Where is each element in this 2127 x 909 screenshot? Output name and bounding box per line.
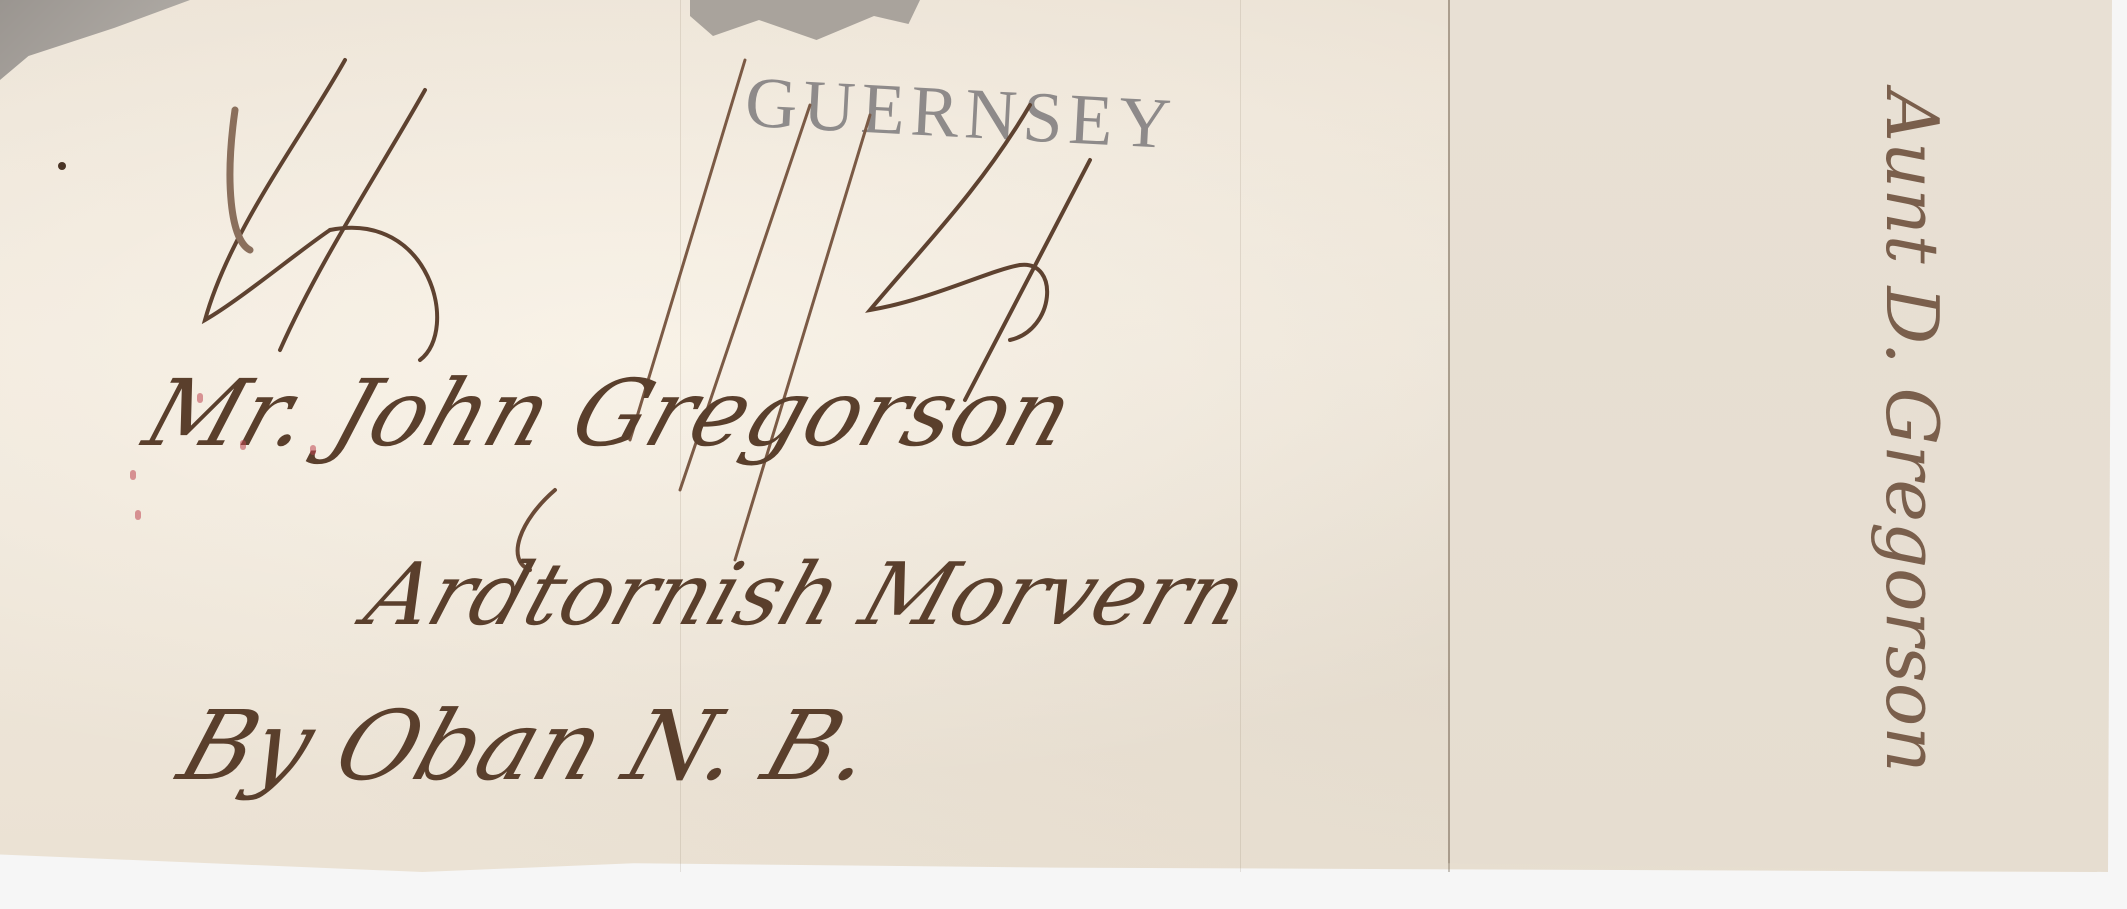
red-ink-mark [240,440,246,450]
ink-spot [58,162,66,170]
address-line-place: Ardtornish Morvern [354,545,1259,645]
red-ink-mark [135,510,141,520]
address-line-name: Mr. John Gregorson [133,360,1086,467]
red-ink-mark [130,470,136,480]
address-line-route: By Oban N. B. [167,690,888,802]
red-ink-mark [197,393,203,403]
docket-annotation: Aunt D. Gregorson [1870,90,1954,773]
red-ink-mark [310,445,316,455]
